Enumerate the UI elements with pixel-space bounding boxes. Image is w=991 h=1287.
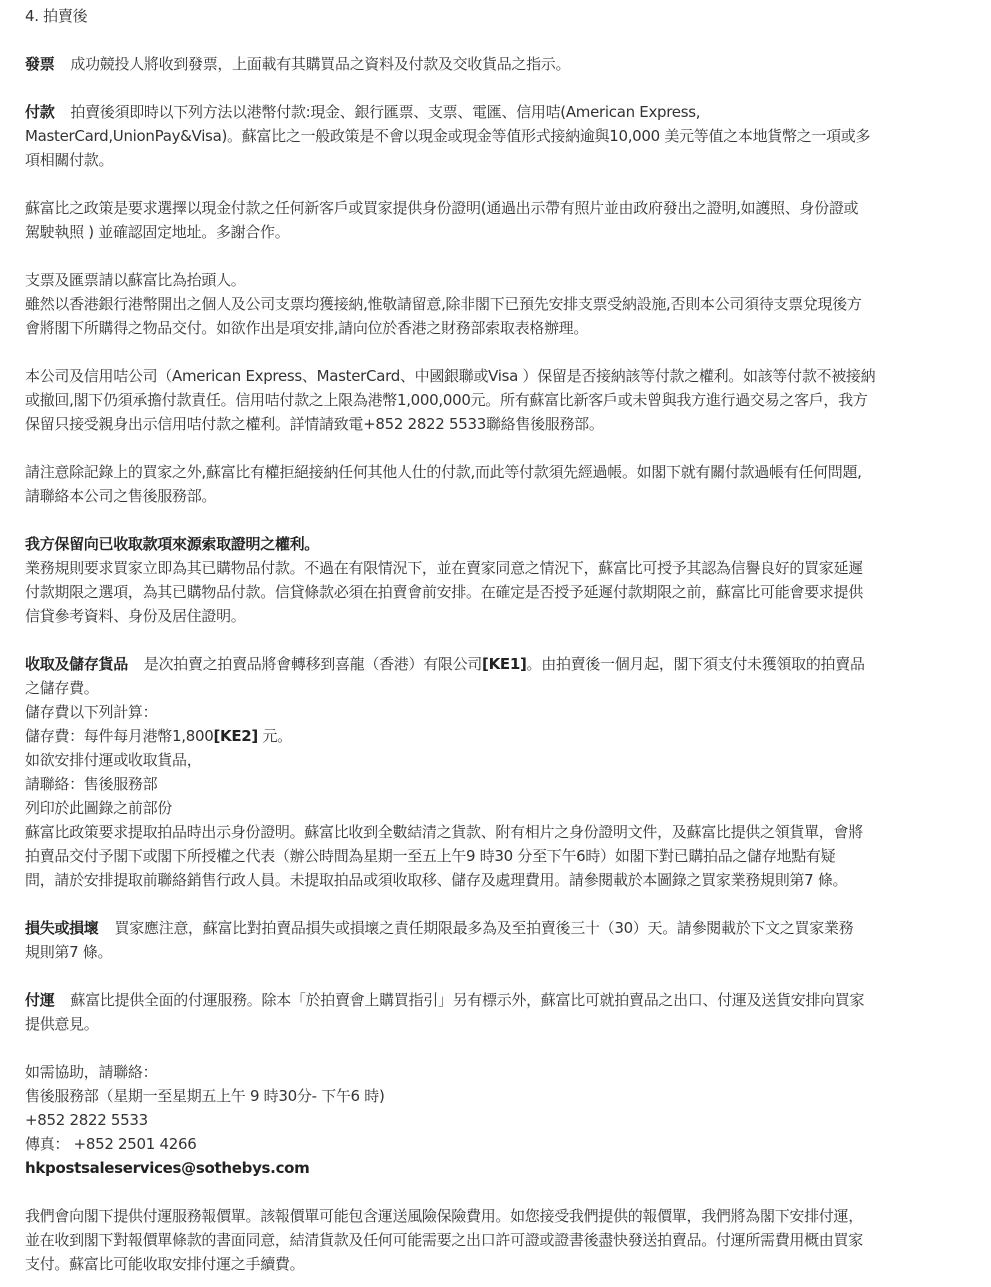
loss-damage-section: 損失或損壞買家應注意，蘇富比對拍賣品損失或損壞之責任期限最多為及至拍賣後三十（3… [25,916,955,964]
invoice-section: 發票成功競投人將收到發票，上面載有其購買品之資料及付款及交收貨品之指示。 [25,52,955,76]
collection-text: 列印於此圖錄之前部份 [25,796,955,820]
collection-heading: 收取及儲存貨品 [25,655,128,673]
payment-section: 付款拍賣後須即時以下列方法以港幣付款:現金、銀行匯票、支票、電匯、信用咭(Ame… [25,100,955,172]
contact-section: 如需協助，請聯絡： 售後服務部（星期一至星期五上午 9 時30分- 下午6 時)… [25,1060,955,1180]
quotation-text: 我們會向閣下提供付運服務報價單。該報價單可能包含運送風險保險費用。如您接受我們提… [25,1204,955,1228]
collection-text: 請聯絡：售後服務部 [25,772,955,796]
shipping-text: 提供意見。 [25,1012,955,1036]
source-of-funds-heading: 我方保留向已收取款項來源索取證明之權利。 [25,532,955,556]
source-of-funds-text: 信貸參考資料、身份及居住證明。 [25,604,955,628]
storage-fee-unit: 元。 [258,727,292,745]
shipping-section: 付運蘇富比提供全面的付運服務。除本「於拍賣會上購買指引」另有標示外，蘇富比可就拍… [25,988,955,1036]
cheques-text: 雖然以香港銀行港幣開出之個人及公司支票均獲接納,惟敬請留意,除非閣下已預先安排支… [25,292,955,316]
contact-email: hkpostsaleservices@sothebys.com [25,1156,955,1180]
collection-text: 儲存費以下列計算： [25,700,955,724]
ke2-tag: [KE2] [213,727,258,745]
storage-fee-text: 儲存費：每件每月港幣1,800 [25,727,213,745]
contact-intro: 如需協助，請聯絡： [25,1060,955,1084]
credit-cards-text: 保留只接受親身出示信用咭付款之權利。詳情請致電+852 2822 5533聯絡售… [25,412,955,436]
contact-department: 售後服務部（星期一至星期五上午 9 時30分- 下午6 時) [25,1084,955,1108]
quotation-text: 支付。蘇富比可能收取安排付運之手續費。 [25,1252,955,1276]
collection-text: 如欲安排付運或收取貨品， [25,748,955,772]
collection-section: 收取及儲存貨品是次拍賣之拍賣品將會轉移到喜龍（香港）有限公司[KE1]。由拍賣後… [25,652,955,892]
ke1-tag: [KE1] [482,655,527,673]
loss-damage-heading: 損失或損壞 [25,919,99,937]
payment-heading: 付款 [25,103,54,121]
cheques-text: 會將閣下所購得之物品交付。如欲作出是項安排,請向位於香港之財務部索取表格辦理。 [25,316,955,340]
credit-cards-text: 本公司及信用咭公司（American Express、MasterCard、中國… [25,364,955,388]
credit-cards-section: 本公司及信用咭公司（American Express、MasterCard、中國… [25,364,955,436]
cheques-text: 支票及匯票請以蘇富比為抬頭人。 [25,268,955,292]
credit-cards-text: 或撤回,閣下仍須承擔付款責任。信用咭付款之上限為港幣1,000,000元。所有蘇… [25,388,955,412]
collection-text: 之儲存費。 [25,676,955,700]
third-party-section: 請注意除記錄上的買家之外,蘇富比有權拒絕接納任何其他人仕的付款,而此等付款須先經… [25,460,955,508]
id-policy-section: 蘇富比之政策是要求選擇以現金付款之任何新客戶或買家提供身份證明(通過出示帶有照片… [25,196,955,244]
payment-text: 項相關付款。 [25,148,955,172]
source-of-funds-text: 業務規則要求買家立即為其已購物品付款。不過在有限情況下，並在賣家同意之情況下，蘇… [25,556,955,580]
invoice-text: 成功競投人將收到發票，上面載有其購買品之資料及付款及交收貨品之指示。 [70,55,570,73]
section-title: 4. 拍賣後 [25,4,955,28]
id-policy-text: 駕駛執照 ) 並確認固定地址。多謝合作。 [25,220,955,244]
payment-text: MasterCard,UnionPay&Visa)。蘇富比之一般政策是不會以現金… [25,124,955,148]
id-policy-text: 蘇富比之政策是要求選擇以現金付款之任何新客戶或買家提供身份證明(通過出示帶有照片… [25,196,955,220]
source-of-funds-text: 付款期限之選項，為其已購物品付款。信貸條款必須在拍賣會前安排。在確定是否授予延遲… [25,580,955,604]
source-of-funds-section: 我方保留向已收取款項來源索取證明之權利。 業務規則要求買家立即為其已購物品付款。… [25,532,955,628]
collection-id-text: 拍賣品交付予閣下或閣下所授權之代表（辦公時間為星期一至五上午9 時30 分至下午… [25,844,955,868]
invoice-heading: 發票 [25,55,54,73]
document-body: 4. 拍賣後 發票成功競投人將收到發票，上面載有其購買品之資料及付款及交收貨品之… [0,0,955,1276]
quotation-section: 我們會向閣下提供付運服務報價單。該報價單可能包含運送風險保險費用。如您接受我們提… [25,1204,955,1276]
loss-damage-text: 規則第7 條。 [25,940,955,964]
payment-text: 拍賣後須即時以下列方法以港幣付款:現金、銀行匯票、支票、電匯、信用咭(Ameri… [70,103,700,121]
third-party-text: 請注意除記錄上的買家之外,蘇富比有權拒絕接納任何其他人仕的付款,而此等付款須先經… [25,460,955,484]
contact-fax: 傳真： +852 2501 4266 [25,1132,955,1156]
loss-damage-text: 買家應注意，蘇富比對拍賣品損失或損壞之責任期限最多為及至拍賣後三十（30）天。請… [115,919,854,937]
collection-text: 是次拍賣之拍賣品將會轉移到喜龍（香港）有限公司 [144,655,482,673]
cheques-section: 支票及匯票請以蘇富比為抬頭人。 雖然以香港銀行港幣開出之個人及公司支票均獲接納,… [25,268,955,340]
collection-id-text: 蘇富比政策要求提取拍品時出示身份證明。蘇富比收到全數結清之貨款、附有相片之身份證… [25,820,955,844]
collection-text: 。由拍賣後一個月起，閣下須支付未獲領取的拍賣品 [527,655,865,673]
collection-id-text: 問，請於安排提取前聯絡銷售行政人員。未提取拍品或須收取移、儲存及處理費用。請參閱… [25,868,955,892]
contact-phone: +852 2822 5533 [25,1108,955,1132]
third-party-text: 請聯絡本公司之售後服務部。 [25,484,955,508]
shipping-text: 蘇富比提供全面的付運服務。除本「於拍賣會上購買指引」另有標示外，蘇富比可就拍賣品… [70,991,864,1009]
shipping-heading: 付運 [25,991,54,1009]
quotation-text: 並在收到閣下對報價單條款的書面同意，結清貨款及任何可能需要之出口許可證或證書後盡… [25,1228,955,1252]
